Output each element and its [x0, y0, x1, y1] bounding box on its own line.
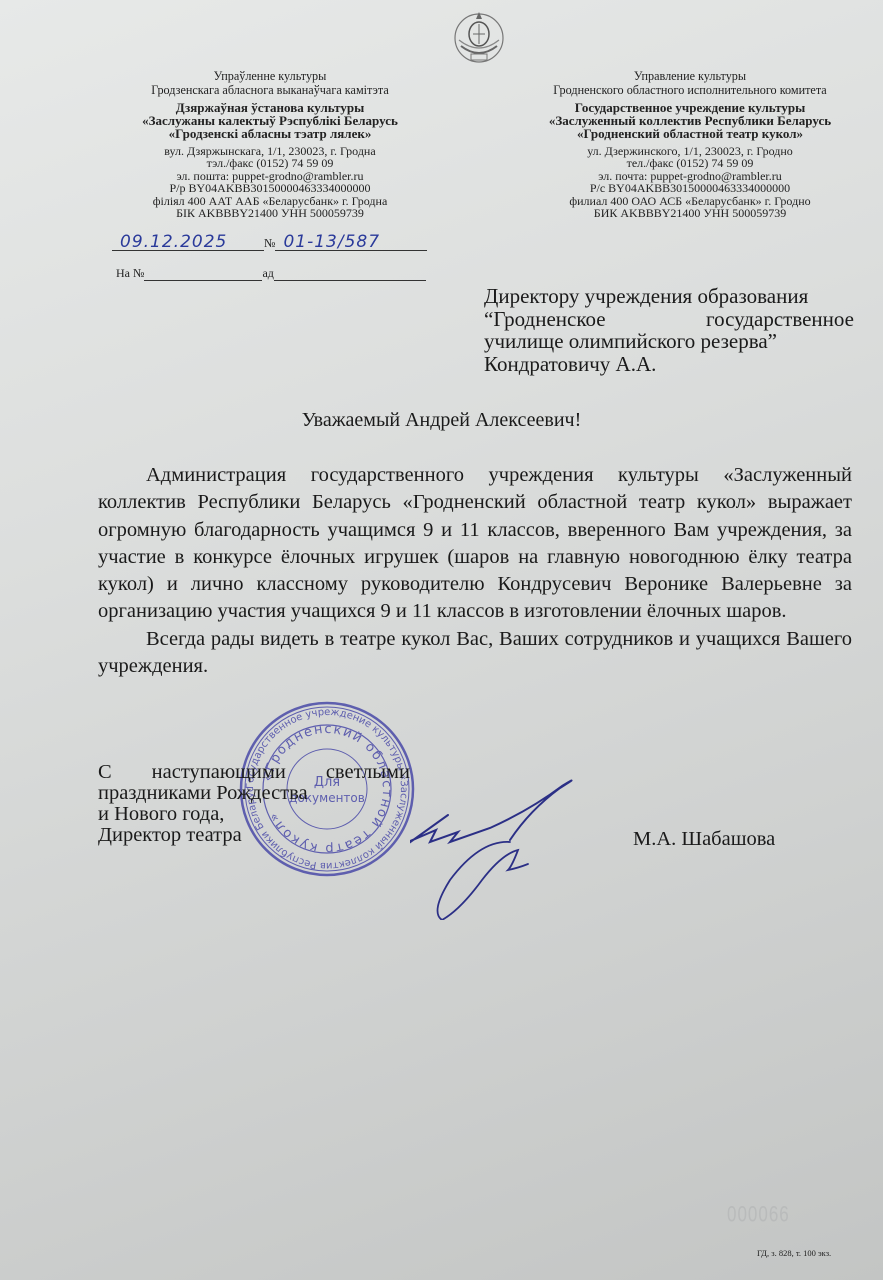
recipient-line: училище олимпийского резерва” — [484, 330, 854, 353]
date-field: 09.12.2025 — [112, 236, 264, 251]
outgoing-registration: 09.12.2025 № 01-13/587 — [112, 236, 427, 251]
bic-unp: БІК AKBBBY21400 УНН 500059739 — [100, 207, 440, 219]
recipient-line: Директору учреждения образования — [484, 285, 854, 308]
handwritten-date: 09.12.2025 — [120, 232, 227, 252]
print-info: ГД, з. 828, т. 100 экз. — [757, 1248, 831, 1258]
handwritten-number: 01-13/587 — [283, 232, 380, 252]
dept-line: Управление культуры — [520, 70, 860, 84]
org-name-line: «Гродненский областной театр кукол» — [520, 127, 860, 140]
dept-line: Упраўленне культуры — [100, 70, 440, 84]
closing-block: С наступающими светлыми праздниками Рожд… — [98, 762, 410, 846]
recipient-line: государственное — [706, 308, 854, 331]
dept-line: Гродненского областного исполнительного … — [520, 84, 860, 98]
closing-word: наступающими — [152, 762, 286, 783]
recipient-block: Директору учреждения образования “Гродне… — [484, 285, 854, 375]
closing-word: светлыми — [326, 762, 410, 783]
incoming-reference: На №ад — [116, 266, 426, 281]
phone: тел./факс (0152) 74 59 09 — [520, 157, 860, 169]
bank-account: Р/р BY04AKBB30150000463334000000 — [100, 182, 440, 194]
signatory-title: Директор театра — [98, 825, 410, 846]
ref-number-field — [144, 266, 262, 281]
phone: тэл./факс (0152) 74 59 09 — [100, 157, 440, 169]
ref-from-label: ад — [262, 266, 273, 280]
ref-date-field — [274, 266, 426, 281]
belarus-coat-of-arms-icon — [447, 8, 511, 64]
salutation: Уважаемый Андрей Алексеевич! — [0, 409, 883, 432]
bic-unp: БИК AKBBBY21400 УНН 500059739 — [520, 207, 860, 219]
letterhead-russian: Управление культуры Гродненского областн… — [520, 70, 860, 219]
handwritten-signature — [410, 770, 580, 920]
recipient-name: Кондратовичу А.А. — [484, 353, 854, 376]
closing-word: С — [98, 762, 112, 783]
letterhead-belarusian: Упраўленне культуры Гродзенскага абласно… — [100, 70, 440, 219]
dept-line: Гродзенскага абласнога выканаўчага каміт… — [100, 84, 440, 98]
serial-number: 000066 — [727, 1202, 790, 1228]
number-field: 01-13/587 — [275, 236, 427, 251]
org-name-line: «Гродзенскі абласны тэатр лялек» — [100, 127, 440, 140]
recipient-line: “Гродненское — [484, 308, 606, 331]
ref-label: На № — [116, 266, 144, 280]
signatory-name: М.А. Шабашова — [633, 828, 775, 851]
body-paragraph: Администрация государственного учреждени… — [98, 462, 852, 626]
closing-line: и Нового года, — [98, 804, 410, 825]
bank-account: Р/с BY04AKBB30150000463334000000 — [520, 182, 860, 194]
body-paragraph: Всегда рады видеть в театре кукол Вас, В… — [98, 626, 852, 681]
closing-line: праздниками Рождества — [98, 783, 410, 804]
letter-body: Администрация государственного учреждени… — [98, 462, 852, 680]
number-label: № — [264, 236, 275, 250]
